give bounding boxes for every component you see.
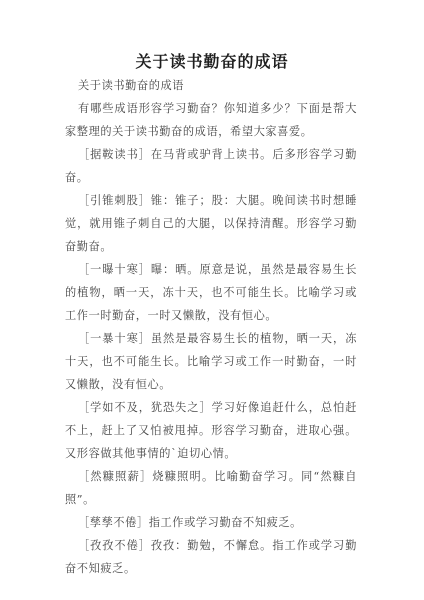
idiom-entry: ［然糠照薪］烧糠照明。比喻勤奋学习。同“然糠自照”。 [65,465,357,511]
idiom-entry: ［孜孜不倦］孜孜：勤勉，不懈怠。指工作或学习勤奋不知疲乏。 [65,534,357,580]
document-body: 关于读书勤奋的成语 有哪些成语形容学习勤奋？你知道多少？下面是帮大家整理的关于读… [65,74,357,580]
idiom-term: ［然糠照薪］ [78,470,152,483]
paragraph-text: 有哪些成语形容学习勤奋？你知道多少？下面是帮大家整理的关于读书勤奋的成语，希望大… [65,102,357,138]
idiom-term: ［学如不及，犹恐失之］ [78,401,212,414]
idiom-entry: ［学如不及，犹恐失之］学习好像追赶什么，总怕赶不上，赶上了又怕被甩掉。形容学习勤… [65,396,357,465]
idiom-definition: 指工作或学习勤奋不知疲乏。 [149,516,302,529]
idiom-term: ［据鞍读书］ [78,148,151,161]
idiom-entry: ［一暴十寒］虽然是最容易生长的植物，晒一天，冻十天，也不可能生长。比喻学习或工作… [65,327,357,396]
idiom-entry: ［孳孳不倦］指工作或学习勤奋不知疲乏。 [65,511,357,534]
idiom-entry: ［据鞍读书］在马背或驴背上读书。后多形容学习勤奋。 [65,143,357,189]
subtitle-paragraph: 关于读书勤奋的成语 [65,74,357,97]
idiom-term: ［引锥刺股］ [78,194,151,207]
document-title: 关于读书勤奋的成语 [0,50,424,74]
intro-paragraph: 有哪些成语形容学习勤奋？你知道多少？下面是帮大家整理的关于读书勤奋的成语，希望大… [65,97,357,143]
idiom-term: ［一曝十寒］ [78,263,151,276]
document-page: 关于读书勤奋的成语 关于读书勤奋的成语 有哪些成语形容学习勤奋？你知道多少？下面… [0,0,424,600]
idiom-entry: ［一曝十寒］曝：晒。原意是说，虽然是最容易生长的植物，晒一天，冻十天，也不可能生… [65,258,357,327]
idiom-term: ［一暴十寒］ [78,332,151,345]
idiom-entry: ［引锥刺股］锥：锥子；股：大腿。晚间读书时想睡觉，就用锥子刺自己的大腿，以保持清… [65,189,357,258]
idiom-term: ［孜孜不倦］ [78,539,151,552]
idiom-term: ［孳孳不倦］ [78,516,149,529]
paragraph-text: 关于读书勤奋的成语 [78,79,184,92]
